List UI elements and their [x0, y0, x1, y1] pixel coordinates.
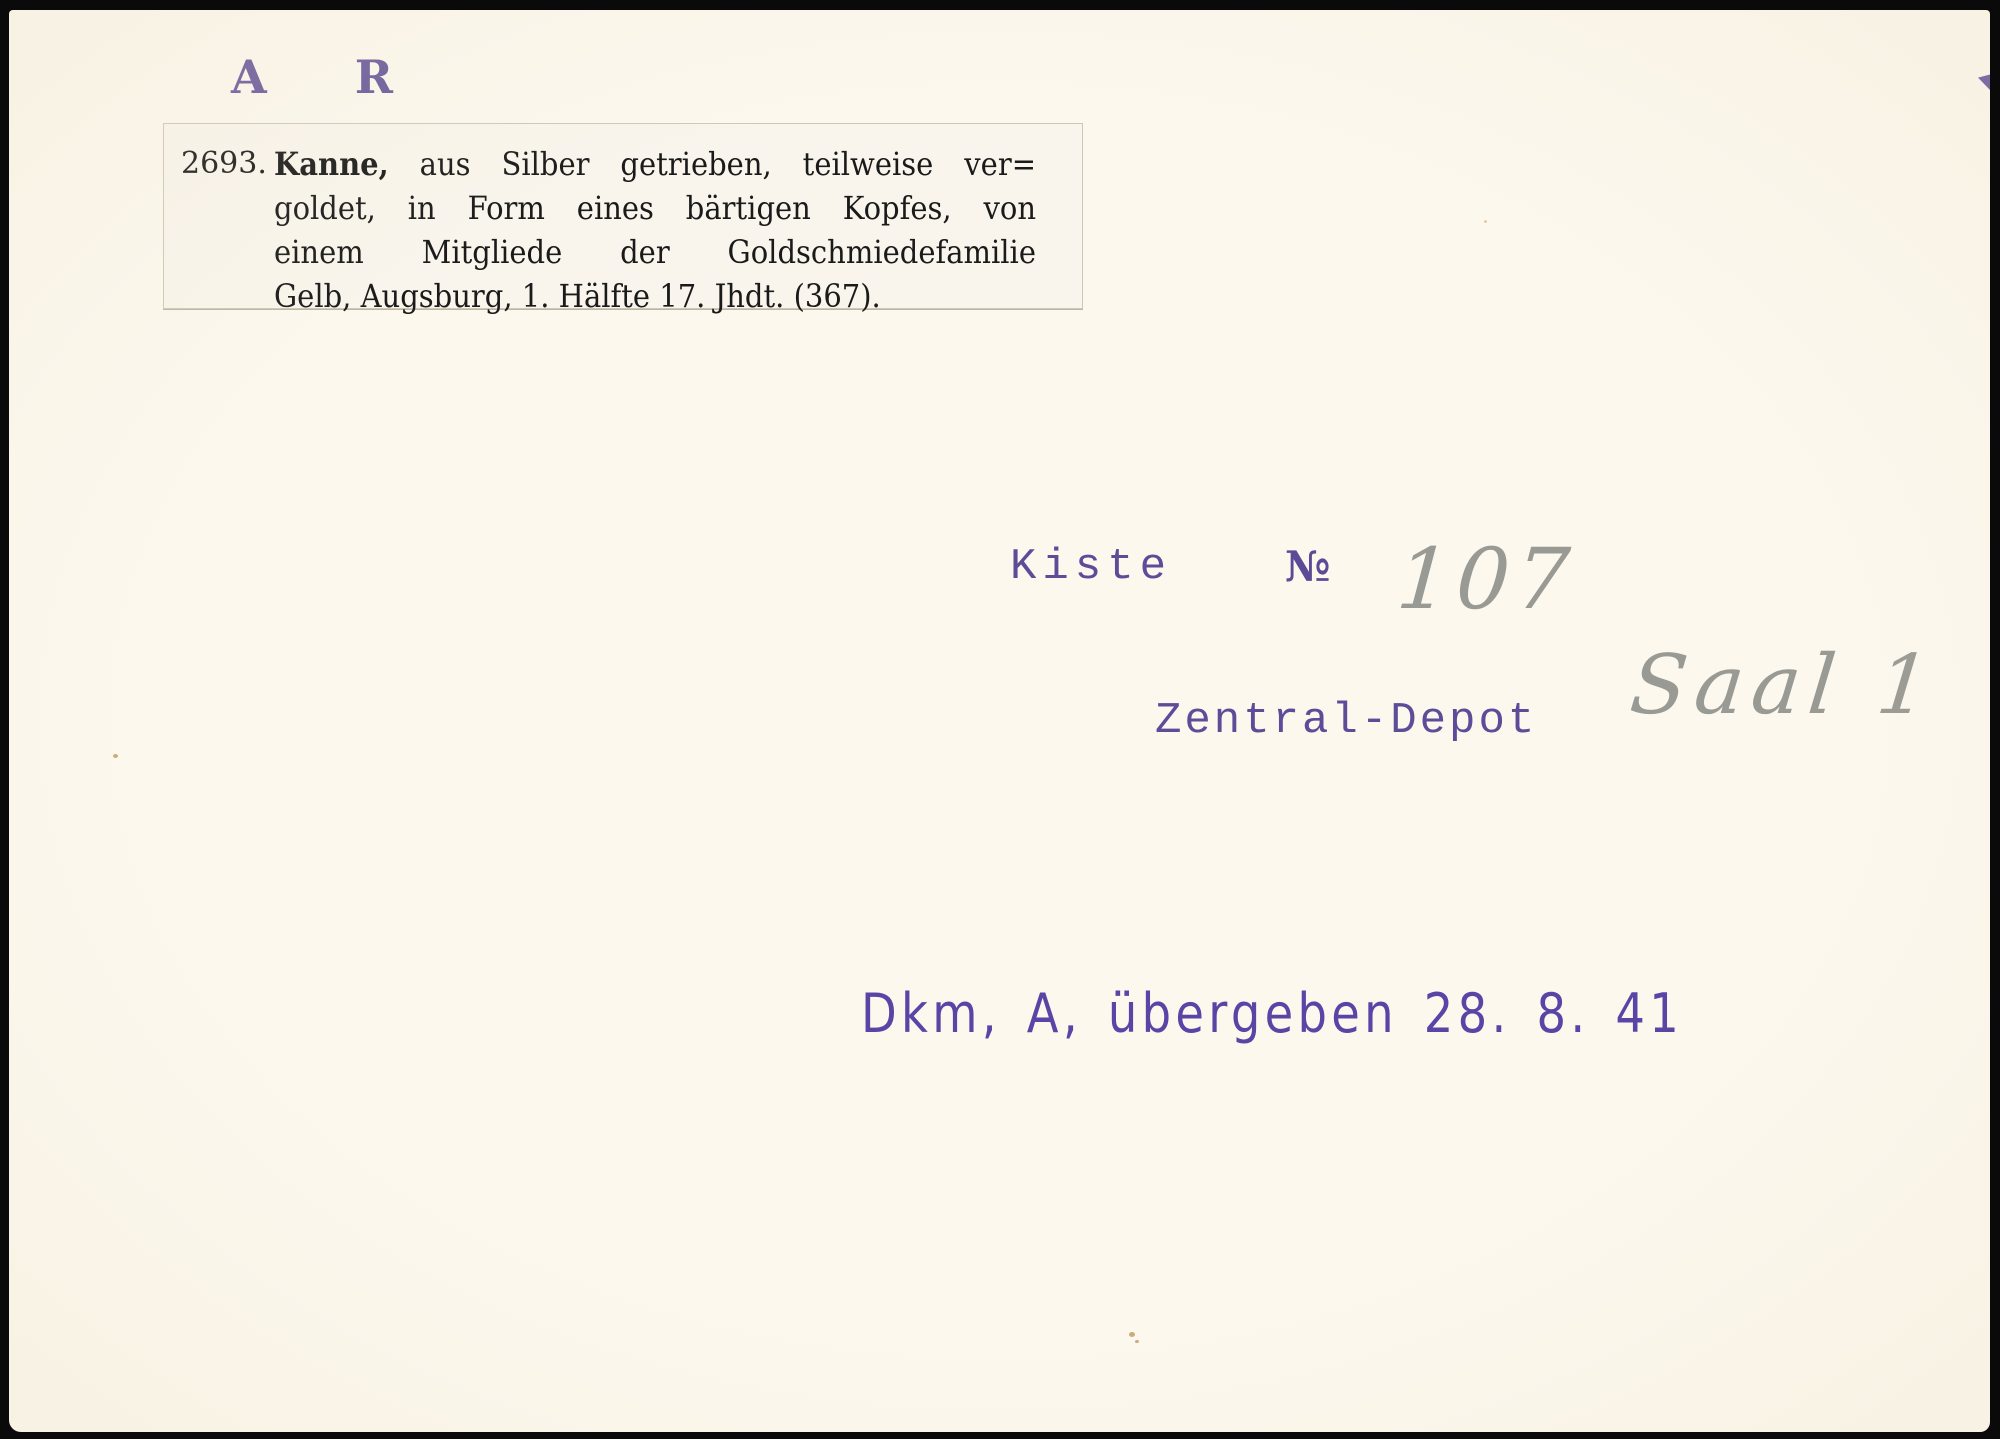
kiste-stamp: Kiste [1010, 542, 1172, 592]
object-title: Kanne, [274, 146, 389, 183]
saal-handwritten: Saal 1 [1626, 638, 1942, 733]
zentral-depot-stamp: Zentral-Depot [1155, 696, 1537, 746]
inventory-card: A R 2693. Kanne, aus Silber getrieben, t… [9, 10, 1990, 1432]
foxing-spot [1135, 1340, 1139, 1343]
label-line-1-text: aus Silber getrieben, teilweise ver= [389, 146, 1036, 183]
transfer-date-stamp: Dkm, A, übergeben 28. 8. 41 [861, 982, 1683, 1045]
label-line-3: einem Mitgliede der Goldschmiedefamilie [274, 228, 1036, 276]
ink-mark [1978, 74, 1990, 92]
kiste-number-handwritten: 107 [1394, 530, 1579, 628]
initials-stamp: A R [231, 50, 429, 104]
catalog-label: 2693. Kanne, aus Silber getrieben, teilw… [163, 123, 1083, 309]
catalog-number: 2693. [181, 142, 267, 186]
foxing-spot [1484, 220, 1487, 223]
foxing-spot [113, 754, 118, 758]
number-sign-stamp: № [1285, 542, 1331, 591]
foxing-spot [1129, 1332, 1135, 1337]
label-line-4: Gelb, Augsburg, 1. Hälfte 17. Jhdt. (367… [274, 272, 1036, 320]
label-line-2: goldet, in Form eines bärtigen Kopfes, v… [274, 184, 1036, 232]
label-line-1: Kanne, aus Silber getrieben, teilweise v… [274, 140, 1036, 188]
